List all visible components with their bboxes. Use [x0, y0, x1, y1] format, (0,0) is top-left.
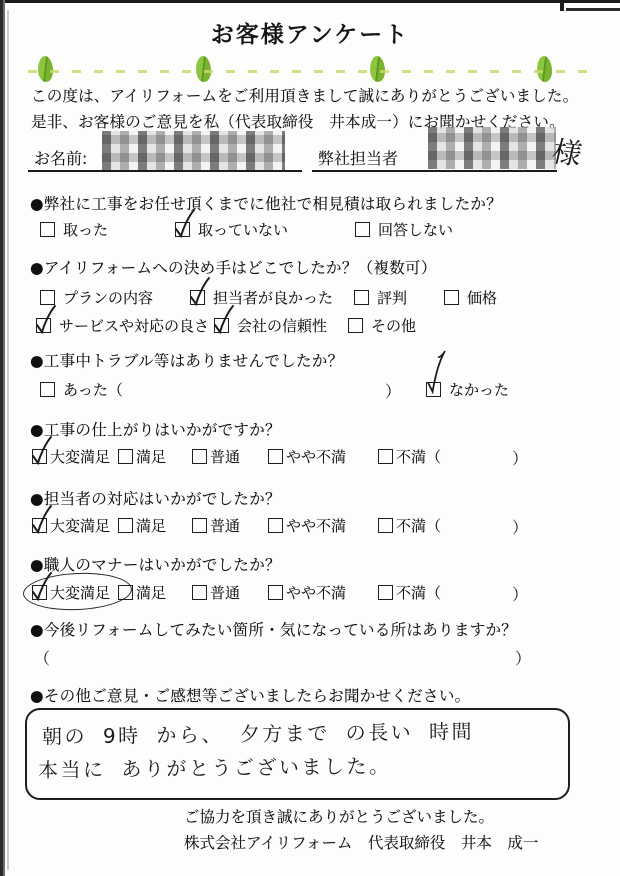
checkbox[interactable] — [354, 290, 369, 305]
survey-title: お客様アンケート — [0, 16, 620, 49]
option-tantosha: 担当者が良かった — [190, 287, 333, 308]
checkbox-label: 取っていない — [198, 221, 288, 239]
checkbox-label: その他 — [371, 317, 416, 335]
option-atta: あった（ — [40, 379, 123, 400]
option-totta: 取った — [40, 219, 108, 240]
paren-close: ） — [515, 646, 531, 669]
checkbox[interactable] — [40, 382, 55, 397]
checkbox-label: 不満（ — [396, 517, 441, 535]
option-nakatta: なかった — [426, 379, 509, 400]
question-2-text: ●アイリフォームへの決め手はどこでしたか？（複数可） — [30, 256, 437, 278]
staff-label: 弊社担当者 — [318, 146, 398, 169]
checkbox[interactable] — [118, 518, 133, 533]
question-5-text: ●担当者の対応はいかがでしたか？ — [30, 487, 281, 509]
checkbox[interactable] — [378, 518, 393, 533]
paren-close: ） — [385, 379, 401, 402]
dotted-divider — [28, 70, 594, 73]
checkbox-label: 価格 — [467, 289, 497, 307]
option-sonota: その他 — [348, 315, 416, 336]
checkbox[interactable] — [348, 318, 363, 333]
checkbox-label: 満足 — [136, 448, 166, 466]
checkbox-label: 満足 — [136, 584, 166, 602]
checkbox-label: 取った — [63, 221, 108, 239]
checkbox[interactable] — [378, 585, 393, 600]
option-fuman: 不満（ — [378, 446, 441, 467]
footer-thanks: ご協力を頂き誠にありがとうございました。 — [184, 805, 494, 827]
checkbox-label: なかった — [449, 381, 509, 399]
question-1-options: 取った 取っていない 回答しない — [0, 219, 620, 243]
scan-edge-left-inner — [7, 10, 9, 870]
checkbox[interactable] — [118, 449, 133, 464]
option-taihen-manzoku: 大変満足 — [32, 582, 110, 603]
leaf-icon — [195, 56, 211, 83]
scan-edge-left — [0, 0, 5, 876]
staff-underline — [312, 170, 557, 172]
paren-close: ） — [512, 515, 528, 538]
option-totteinai: 取っていない — [175, 219, 288, 240]
checkbox-label: プランの内容 — [63, 289, 153, 307]
option-fuman: 不満（ — [378, 515, 441, 536]
paren-close: ） — [512, 446, 528, 469]
option-plan: プランの内容 — [40, 287, 153, 308]
checkbox[interactable] — [32, 518, 47, 533]
checkbox[interactable] — [378, 449, 393, 464]
intro-line-1: この度は、アイリフォームをご利用頂きまして誠にありがとうございました。 — [31, 84, 606, 106]
scan-edge-top — [0, 0, 620, 3]
checkbox-label: 普通 — [210, 517, 240, 535]
question-5-options: 大変満足 満足 普通 やや不満 不満（ ） — [0, 515, 620, 539]
checkbox[interactable] — [192, 449, 207, 464]
checkbox[interactable] — [444, 290, 459, 305]
checkbox-label: 評判 — [377, 289, 407, 307]
checkbox[interactable] — [268, 449, 283, 464]
question-6-options: 大変満足 満足 普通 やや不満 不満（ ） — [0, 582, 620, 606]
question-2-row-2: サービスや対応の良さ 会社の信頼性 その他 — [0, 315, 620, 339]
checkbox[interactable] — [268, 585, 283, 600]
footer-company: 株式会社アイリフォーム 代表取締役 井本 成一 — [184, 831, 538, 853]
scan-edge-top-right — [566, 8, 620, 11]
option-yaya-fuman: やや不満 — [268, 515, 346, 536]
checkbox-label: 普通 — [210, 448, 240, 466]
redacted-staff-name — [428, 127, 556, 169]
checkbox-label: 会社の信頼性 — [237, 317, 327, 335]
checkbox-label: やや不満 — [286, 517, 346, 535]
checkbox-label: 大変満足 — [50, 448, 110, 466]
question-6-text: ●職人のマナーはいかがでしたか？ — [30, 553, 281, 575]
handwritten-check-icon — [422, 344, 452, 397]
checkbox[interactable] — [118, 585, 133, 600]
option-futsuu: 普通 — [192, 515, 240, 536]
checkbox[interactable] — [36, 318, 51, 333]
checkbox-label: 不満（ — [396, 448, 441, 466]
checkbox[interactable] — [32, 449, 47, 464]
leaf-icon — [536, 56, 552, 83]
checkbox[interactable] — [40, 290, 55, 305]
name-label: お名前: — [34, 146, 87, 169]
option-taihen-manzoku: 大変満足 — [32, 446, 110, 467]
checkbox-label: 大変満足 — [50, 584, 110, 602]
checkbox-label: 担当者が良かった — [213, 289, 333, 307]
scanned-survey-sheet: お客様アンケート この度は、アイリフォームをご利用頂きまして誠にありがとうござい… — [0, 0, 620, 876]
checkbox-label: 普通 — [210, 584, 240, 602]
checkbox-label: やや不満 — [286, 448, 346, 466]
question-4-options: 大変満足 満足 普通 やや不満 不満（ ） — [0, 446, 620, 470]
question-8-text: ●その他ご意見・ご感想等ございましたらお聞かせください。 — [30, 684, 470, 706]
option-kakaku: 価格 — [444, 287, 497, 308]
paren-open: （ — [34, 646, 50, 669]
option-shinraisei: 会社の信頼性 — [214, 315, 327, 336]
checkbox-label: サービスや対応の良さ — [59, 317, 209, 335]
redacted-customer-name — [102, 131, 285, 171]
option-futsuu: 普通 — [192, 582, 240, 603]
checkbox[interactable] — [40, 222, 55, 237]
checkbox-label: あった（ — [63, 381, 123, 399]
scan-edge-tick — [560, 0, 564, 11]
option-futsuu: 普通 — [192, 446, 240, 467]
question-1-text: ●弊社に工事をお任せ頂くまでに他社で相見積は取られましたか？ — [30, 192, 502, 214]
checkbox[interactable] — [175, 222, 190, 237]
question-3-text: ●工事中トラブル等はありませんでしたか？ — [30, 349, 343, 371]
option-kaitoshinai: 回答しない — [355, 219, 453, 240]
checkbox[interactable] — [355, 222, 370, 237]
checkbox[interactable] — [32, 585, 47, 600]
name-underline — [28, 170, 302, 172]
checkbox[interactable] — [192, 585, 207, 600]
question-3-options: あった（ ） なかった — [0, 379, 620, 403]
question-2-row-1: プランの内容 担当者が良かった 評判 価格 — [0, 287, 620, 311]
option-manzoku: 満足 — [118, 582, 166, 603]
option-fuman: 不満（ — [378, 582, 441, 603]
handwritten-check-icon — [187, 276, 212, 308]
option-manzoku: 満足 — [118, 446, 166, 467]
leaf-icon — [369, 56, 385, 83]
checkbox[interactable] — [426, 382, 441, 397]
checkbox-label: 大変満足 — [50, 517, 110, 535]
handwritten-comment-line-1: 朝の 9時 から、 夕方まで の長い 時間 — [42, 715, 474, 749]
option-hyoban: 評判 — [354, 287, 407, 308]
question-4-text: ●工事の仕上がりはいかがですか？ — [30, 418, 281, 440]
paren-close: ） — [512, 582, 528, 605]
checkbox[interactable] — [190, 290, 205, 305]
option-yaya-fuman: やや不満 — [268, 582, 346, 603]
checkbox-label: やや不満 — [286, 584, 346, 602]
checkbox-label: 満足 — [136, 517, 166, 535]
checkbox[interactable] — [192, 518, 207, 533]
checkbox-label: 不満（ — [396, 584, 441, 602]
checkbox[interactable] — [214, 318, 229, 333]
option-manzoku: 満足 — [118, 515, 166, 536]
question-7-text: ●今後リフォームしてみたい箇所・気になっている所はありますか？ — [30, 618, 517, 640]
handwritten-comment-line-2: 本当に ありがとうございました。 — [38, 750, 392, 783]
option-yaya-fuman: やや不満 — [268, 446, 346, 467]
leaf-icon — [37, 56, 53, 83]
checkbox[interactable] — [268, 518, 283, 533]
option-service: サービスや対応の良さ — [36, 315, 209, 336]
checkbox-label: 回答しない — [378, 221, 453, 239]
option-taihen-manzoku: 大変満足 — [32, 515, 110, 536]
